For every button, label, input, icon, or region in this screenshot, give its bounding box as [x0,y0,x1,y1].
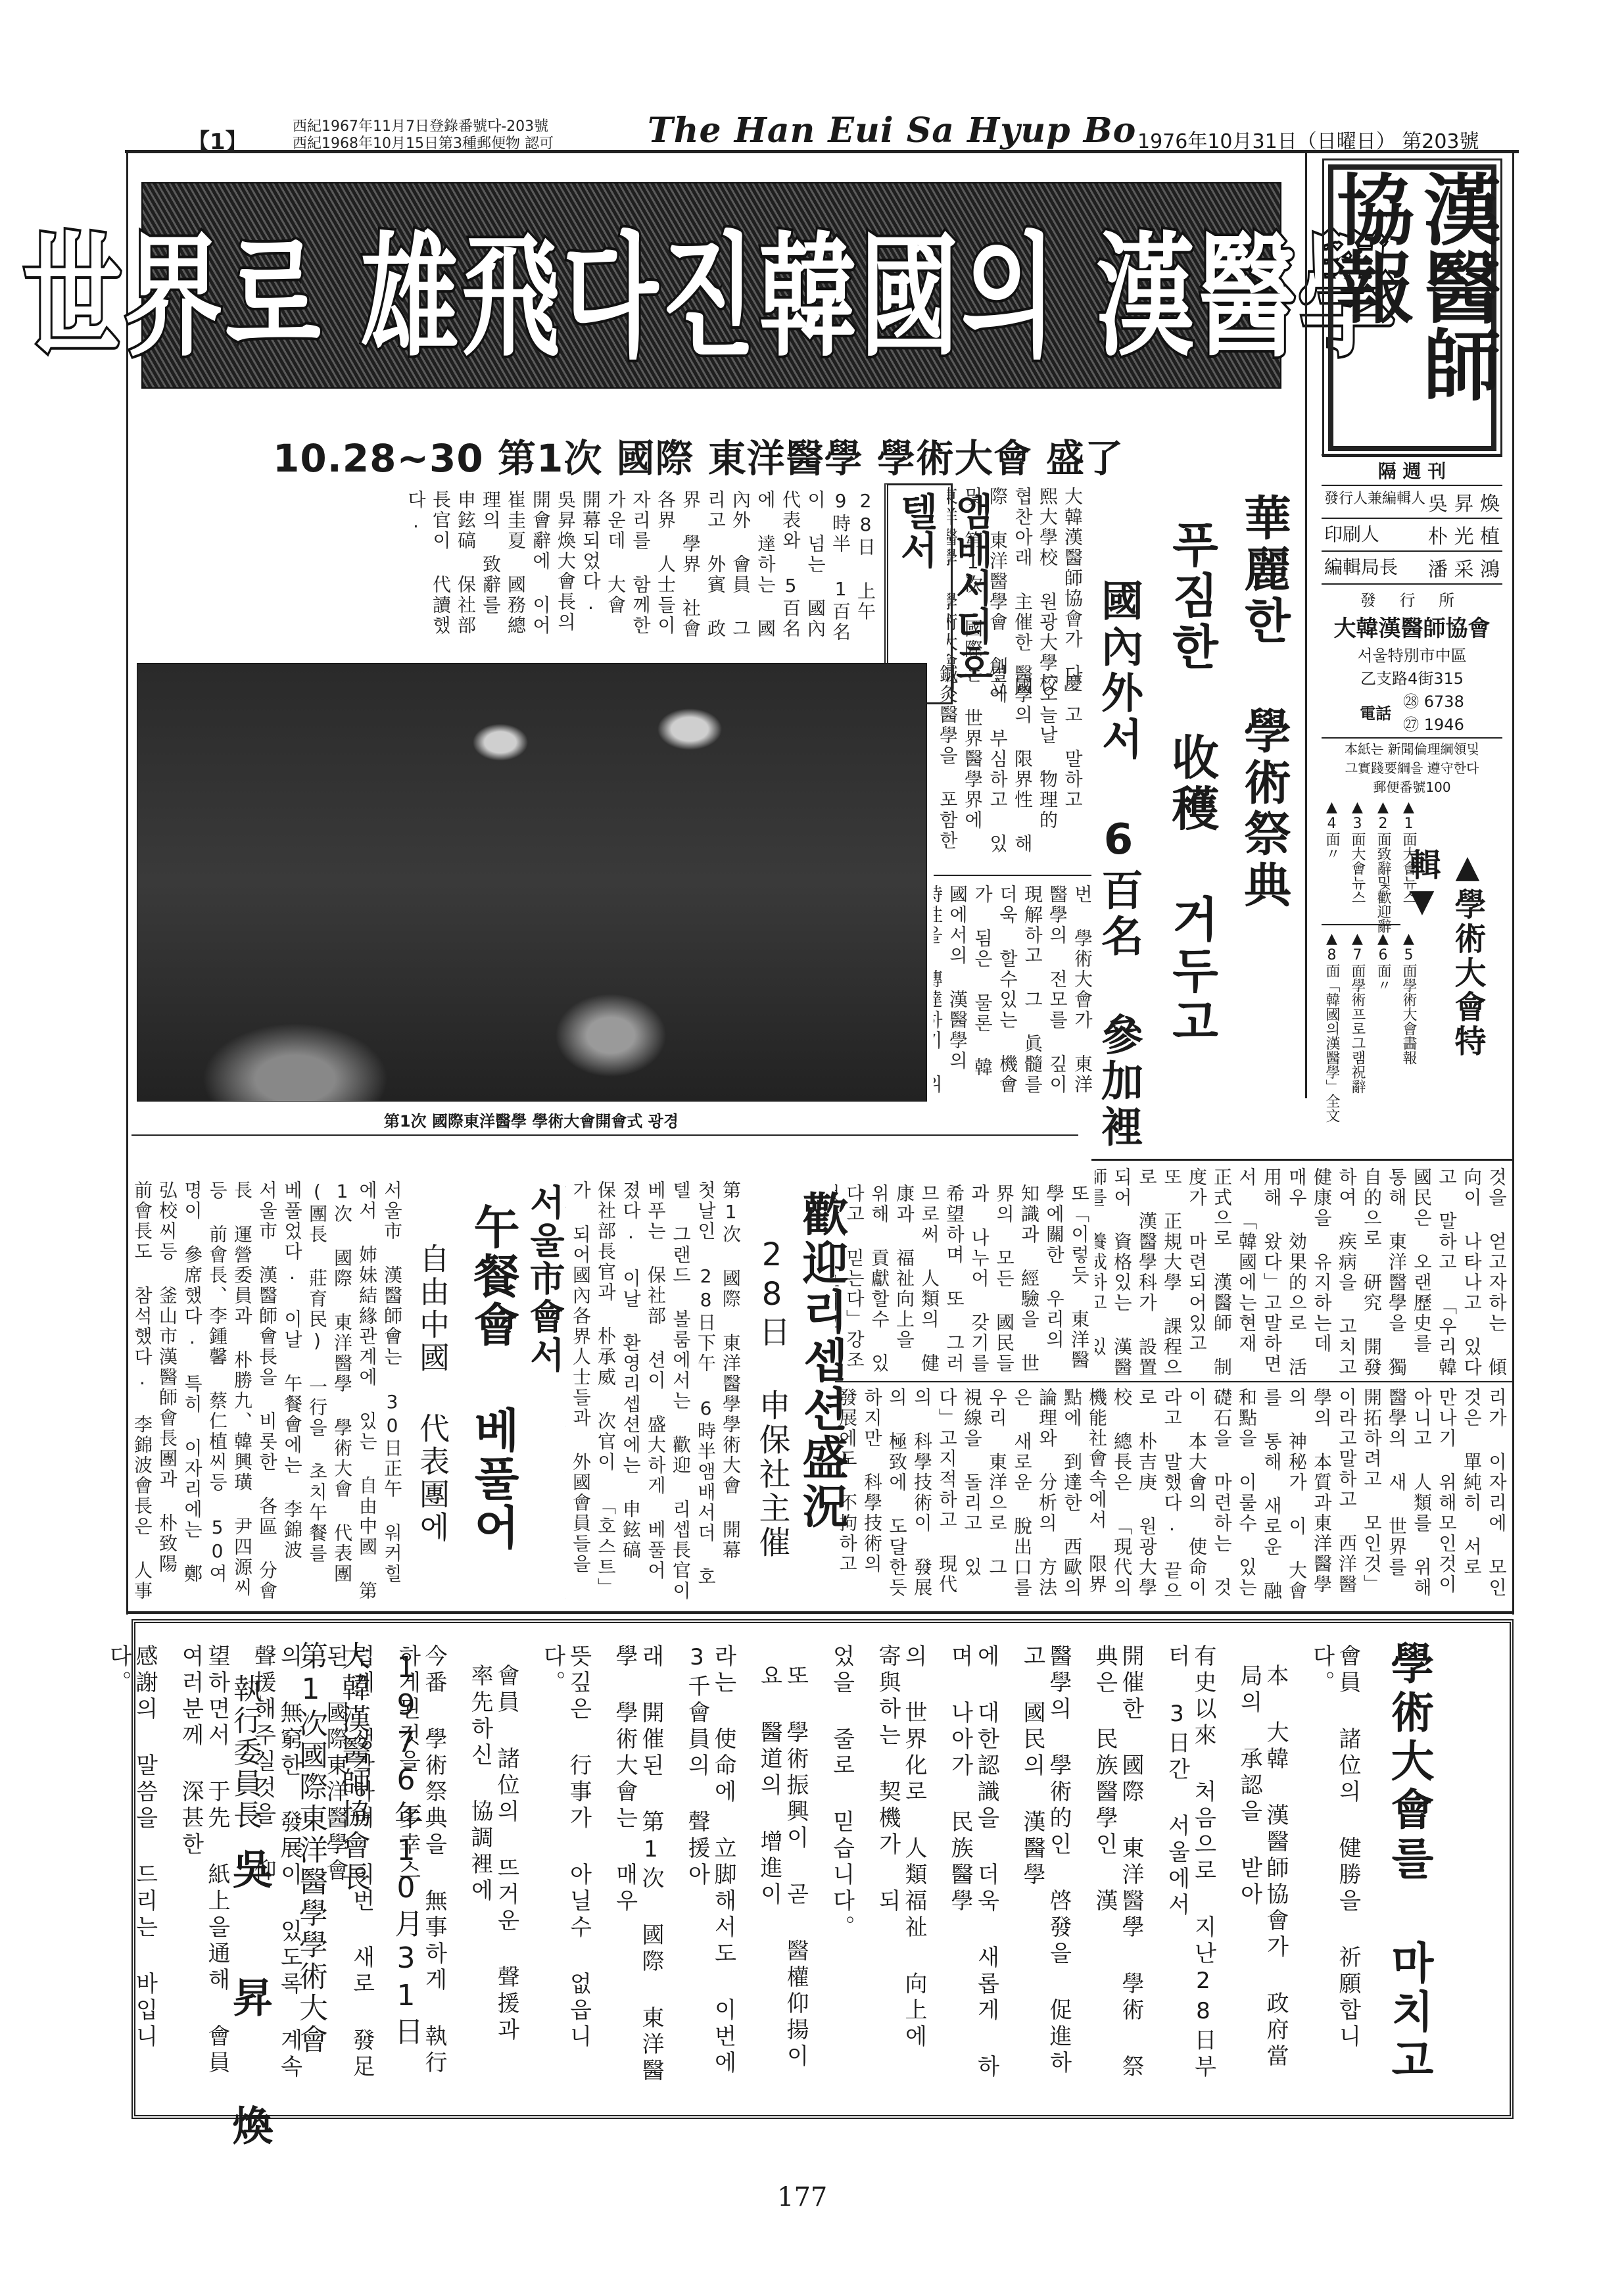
main-headline-3: 國內外서 6百名 參加裡 [1088,579,1149,1151]
announcement-line: 뜻깊은 行事가 아닐수 없읍니다。 [539,1644,592,2091]
staff-role: 發行人兼編輯人 [1324,487,1425,516]
address-line-1: 서울特別市中區 [1322,643,1502,666]
reception-subhead: 28日 申保社主催 [750,1236,795,1560]
ethics-line-2: 그實踐要綱을 遵守한다 [1322,758,1502,777]
publisher-block: 發 行 所 大韓漢醫師協會 서울特別市中區 乙支路4街315 電話 ㉘ 6738… [1322,585,1502,796]
phone-2: ㉗ 1946 [1403,712,1464,735]
announcement-line: 會員 諸位의 뜨거운 聲援과 率先하신 協調裡에 [467,1664,519,2091]
contents-item[interactable]: ▲3面大會뉴스 [1347,799,1368,933]
main-body-right-3: 리가 이자리에 모인것은 單純히 서로 만나기 위해모인것이 아니고 人類를 위… [835,1388,1509,1605]
signer-org-1: 大韓漢醫師協會長 [332,1641,374,1893]
staff-row: 編輯局長 潘 采 鴻 [1322,552,1502,585]
contents-item[interactable]: ▲6面〃 [1373,931,1393,1123]
contents-divider [1322,924,1400,925]
luncheon-subhead: 自由中國 代表團에 [411,1243,454,1544]
phone-1: ㉘ 6738 [1403,689,1464,712]
announcement-line: 醫學의 學術的인 啓發을 促進하고 國民의 漢醫學 [1019,1644,1072,2091]
registration-line-1: 西紀1967年11月7日登錄番號다-203號 [293,118,554,135]
announcement-line: 感謝의 말씀을 드리는 바입니다。 [105,1644,158,2091]
signer-title: 執行委員長 [224,1674,266,1832]
reception-headline: 歡迎리셉션盛況 [789,1190,855,1531]
contents-item[interactable]: ▲7面學術프로그램祝辭 [1347,931,1368,1123]
signer-name: 吳 昇 煥 [220,1848,279,2165]
masthead-column-rule [1305,151,1307,1098]
opening-ceremony-photo [137,663,927,1102]
contents-item[interactable]: ▲5面學術大會畵報 [1398,931,1419,1123]
contents-group-2: ▲5面學術大會畵報 ▲6面〃 ▲7面學術프로그램祝辭 ▲8面「韓國의漢醫學」全文 [1322,931,1419,1123]
staff-row: 印刷人 朴 光 植 [1322,519,1502,552]
contents-item[interactable]: ▲1面大會뉴스 [1398,799,1419,933]
masthead-info: 隔 週 刊 發行人兼編輯人 吳 昇 煥 印刷人 朴 光 植 編輯局長 潘 采 鴻… [1322,454,1502,796]
photo-caption: 第1次 國際東洋醫學 學術大會開會式 광경 [137,1108,926,1131]
contents-group-1: ▲1面大會뉴스 ▲2面致辭및歡迎辭 ▲3面大會뉴스 ▲4面〃 [1322,799,1419,933]
main-body-cont: 다」고 말하고 「오늘날 物理的 醫學의 限界性 해결에 부심하고 있는 世界醫… [937,664,1085,862]
banner-headline-box: 世界로 雄飛다진韓國의 漢醫學 [141,182,1281,389]
luncheon-headline-main: 午餐會 베풀어 [460,1204,527,1552]
announcement-title: 學術大會를 마치고 [1377,1641,1440,2086]
reception-body: 第1次 國際 東洋醫學學術大會 開幕 첫날인 28日下午 6時半앰배서더 호텔 … [565,1180,743,1601]
phone-label: 電話 [1360,700,1391,723]
publisher-label: 發 行 所 [1322,587,1502,610]
paper-name-roman: The Han Eui Sa Hyup Bo [648,110,1136,151]
announcement-line: 래 開催된 第1次 國際 東洋醫學 學術大會는 매우 [611,1644,664,2091]
postal-code: 郵便番號100 [1322,777,1502,796]
main-headline-1: 華麗한 學術祭典 [1230,493,1298,912]
section-divider [835,1381,1512,1382]
announcement-line: 또 學術振興이 곧 醫權仰揚이요 醫道의 增進이 [756,1664,809,2091]
contents-index: ▲學術大會特輯▼ ▲1面大會뉴스 ▲2面致辭및歡迎辭 ▲3面大會뉴스 ▲4面〃 … [1315,799,1502,1092]
ethics-line-1: 本紙는 新聞倫理綱領및 [1322,739,1502,758]
staff-name: 潘 采 鴻 [1428,553,1500,582]
staff-name: 朴 光 植 [1428,520,1500,549]
announcement-line: 開催한 國際 東洋醫學 學術 祭典은 民族醫學인 漢 [1091,1644,1144,2091]
signer-org-2: 第1次國際東洋醫學學術大會 [289,1641,331,2056]
announcement-line: 本 大韓 漢醫師協會가 政府當局의 承認을 받아 [1236,1664,1289,2091]
masthead-title: 漢醫師協報 [1325,170,1499,446]
story-divider [934,875,1091,876]
phone-block: 電話 ㉘ 6738 ㉗ 1946 [1322,689,1502,735]
announcement-line: 에 대한認識을 더욱 새롭게 하며 나아가 民族醫學 [947,1644,999,2091]
page-number: 177 [777,2182,827,2212]
luncheon-headline-top: 서울市會서 [519,1184,570,1374]
publisher-name: 大韓漢醫師協會 [1322,610,1502,643]
section-divider-thick [126,1611,1514,1614]
ethics-note: 本紙는 新聞倫理綱領및 그實踐要綱을 遵守한다 郵便番號100 [1322,737,1502,796]
staff-name: 吳 昇 煥 [1428,487,1500,516]
luncheon-body: 서울市 漢醫師會는 30日正午 워커힐에서 姉妹結緣관계에 있는 自由中國 第1… [135,1180,404,1601]
subheadline: 10.28~30 第1次 國際 東洋醫學 學術大會 盛了 [273,427,1124,483]
announcement-line: 의 世界化로 人類福祉 向上에 寄與하는 契機가 되 [874,1644,927,2091]
announcement-line: 有史以來 처음으로 지난28日부터 3日간 서울에서 [1164,1644,1216,2091]
main-headline-2: 푸짐한 收穫 거두고 [1157,520,1226,1048]
announcement-line: 었을 줄로 믿습니다。 [828,1644,855,2091]
announcement-date: 1976年10月31日 [385,1651,427,2049]
contents-item[interactable]: ▲2面致辭및歡迎辭 [1373,799,1393,933]
section-divider [1091,1159,1512,1161]
staff-role: 編輯局長 [1324,553,1398,582]
contents-item[interactable]: ▲4面〃 [1322,799,1342,933]
main-body-right: 것을 얻고자하는 傾向이 나타나고 있다고 말하고 「우리韓國民은 오랜歷史를 … [1095,1167,1509,1378]
masthead-title-box: 漢醫師協報 [1328,164,1496,451]
announcement-line: 會員 諸位의 健勝을 祈願합니다。 [1308,1644,1361,2091]
photo-divider [131,1134,1078,1136]
frequency-label: 隔 週 刊 [1378,457,1446,483]
registration-info: 西紀1967年11月7日登錄番號다-203號 西紀1968年10月15日第3種郵… [293,118,554,153]
frequency: 隔 週 刊 [1322,454,1502,486]
contents-item[interactable]: ▲8面「韓國의漢醫學」全文 [1322,931,1342,1123]
header-rule [125,150,1519,153]
main-body-cont-2: 번 學術大會가 東洋醫學의 전모를 깊이 現解하고 그 眞髓를 더욱 할수있는 … [934,885,1095,1095]
main-body: 28日 上午 9時半 1百名이 넘는 國內代表와 5百名에 達하는 國內外 會員… [135,490,878,654]
announcement-line: 라는 使命에 立脚해서도 이번에 3千會員의 聲援아 [684,1644,736,2091]
frame-right [1512,151,1514,1615]
main-body-right-2: 또「이렇듯 東洋醫學에關한 우리의 知識과 經驗을 世界의 모든 國民들과 나누… [835,1184,1091,1374]
announcement-body: 會員 諸位의 健勝을 祈願합니다。 本 大韓 漢醫師協會가 政府當局의 承認을 … [441,1644,1361,2091]
staff-row: 發行人兼編輯人 吳 昇 煥 [1322,486,1502,519]
staff-role: 印刷人 [1324,520,1379,549]
address-line-2: 乙支路4街315 [1322,666,1502,689]
banner-headline: 世界로 雄飛다진韓國의 漢醫學 [23,189,1400,381]
